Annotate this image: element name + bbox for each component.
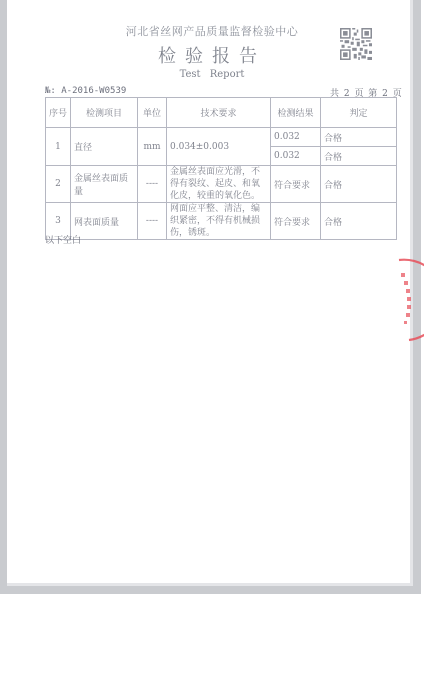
cell-verdict: 合格 [321, 203, 397, 240]
official-seal-icon [395, 255, 424, 345]
cell-unit: ---- [138, 203, 167, 240]
document-page: 河北省丝网产品质量监督检验中心 检验报告 Test Report №: A-20… [0, 0, 424, 594]
table-row: 1 直径 mm 0.034±0.003 0.032 合格 [46, 128, 397, 147]
cell-no: 1 [46, 128, 71, 166]
report-number: №: A-2016-W0539 [45, 86, 126, 96]
cell-verdict: 合格 [321, 128, 397, 147]
page-edge-left [0, 0, 7, 594]
cell-requirement: 网面应平整、清洁，编织紧密，不得有机械损伤，锈斑。 [167, 203, 271, 240]
cell-unit: ---- [138, 166, 167, 203]
blank-below-note: 以下空白 [45, 233, 81, 246]
cell-result: 符合要求 [271, 166, 321, 203]
cell-requirement: 金属丝表面应光滑，不得有裂纹、起皮、和氧化皮，较重的氧化色。 [167, 166, 271, 203]
cell-verdict: 合格 [321, 166, 397, 203]
report-subtitle: Test Report [0, 69, 424, 80]
header-result: 检测结果 [271, 98, 321, 128]
cell-result: 符合要求 [271, 203, 321, 240]
table-row: 3 网表面质量 ---- 网面应平整、清洁，编织紧密，不得有机械损伤，锈斑。 符… [46, 203, 397, 240]
cell-requirement: 0.034±0.003 [167, 128, 271, 166]
header-requirement: 技术要求 [167, 98, 271, 128]
cell-unit: mm [138, 128, 167, 166]
header-unit: 单位 [138, 98, 167, 128]
cell-result: 0.032 [271, 147, 321, 166]
cell-item: 金属丝表面质量 [71, 166, 138, 203]
page-edge-bottom [0, 586, 421, 594]
table-row: 2 金属丝表面质量 ---- 金属丝表面应光滑，不得有裂纹、起皮、和氧化皮，较重… [46, 166, 397, 203]
cell-result: 0.032 [271, 128, 321, 147]
cell-item: 直径 [71, 128, 138, 166]
header-no: 序号 [46, 98, 71, 128]
header-item: 检测项目 [71, 98, 138, 128]
table-header-row: 序号 检测项目 单位 技术要求 检测结果 判定 [46, 98, 397, 128]
cell-verdict: 合格 [321, 147, 397, 166]
qr-code-icon [340, 28, 372, 60]
header-verdict: 判定 [321, 98, 397, 128]
test-results-table: 序号 检测项目 单位 技术要求 检测结果 判定 1 直径 mm 0.034±0.… [45, 97, 397, 240]
cell-no: 2 [46, 166, 71, 203]
